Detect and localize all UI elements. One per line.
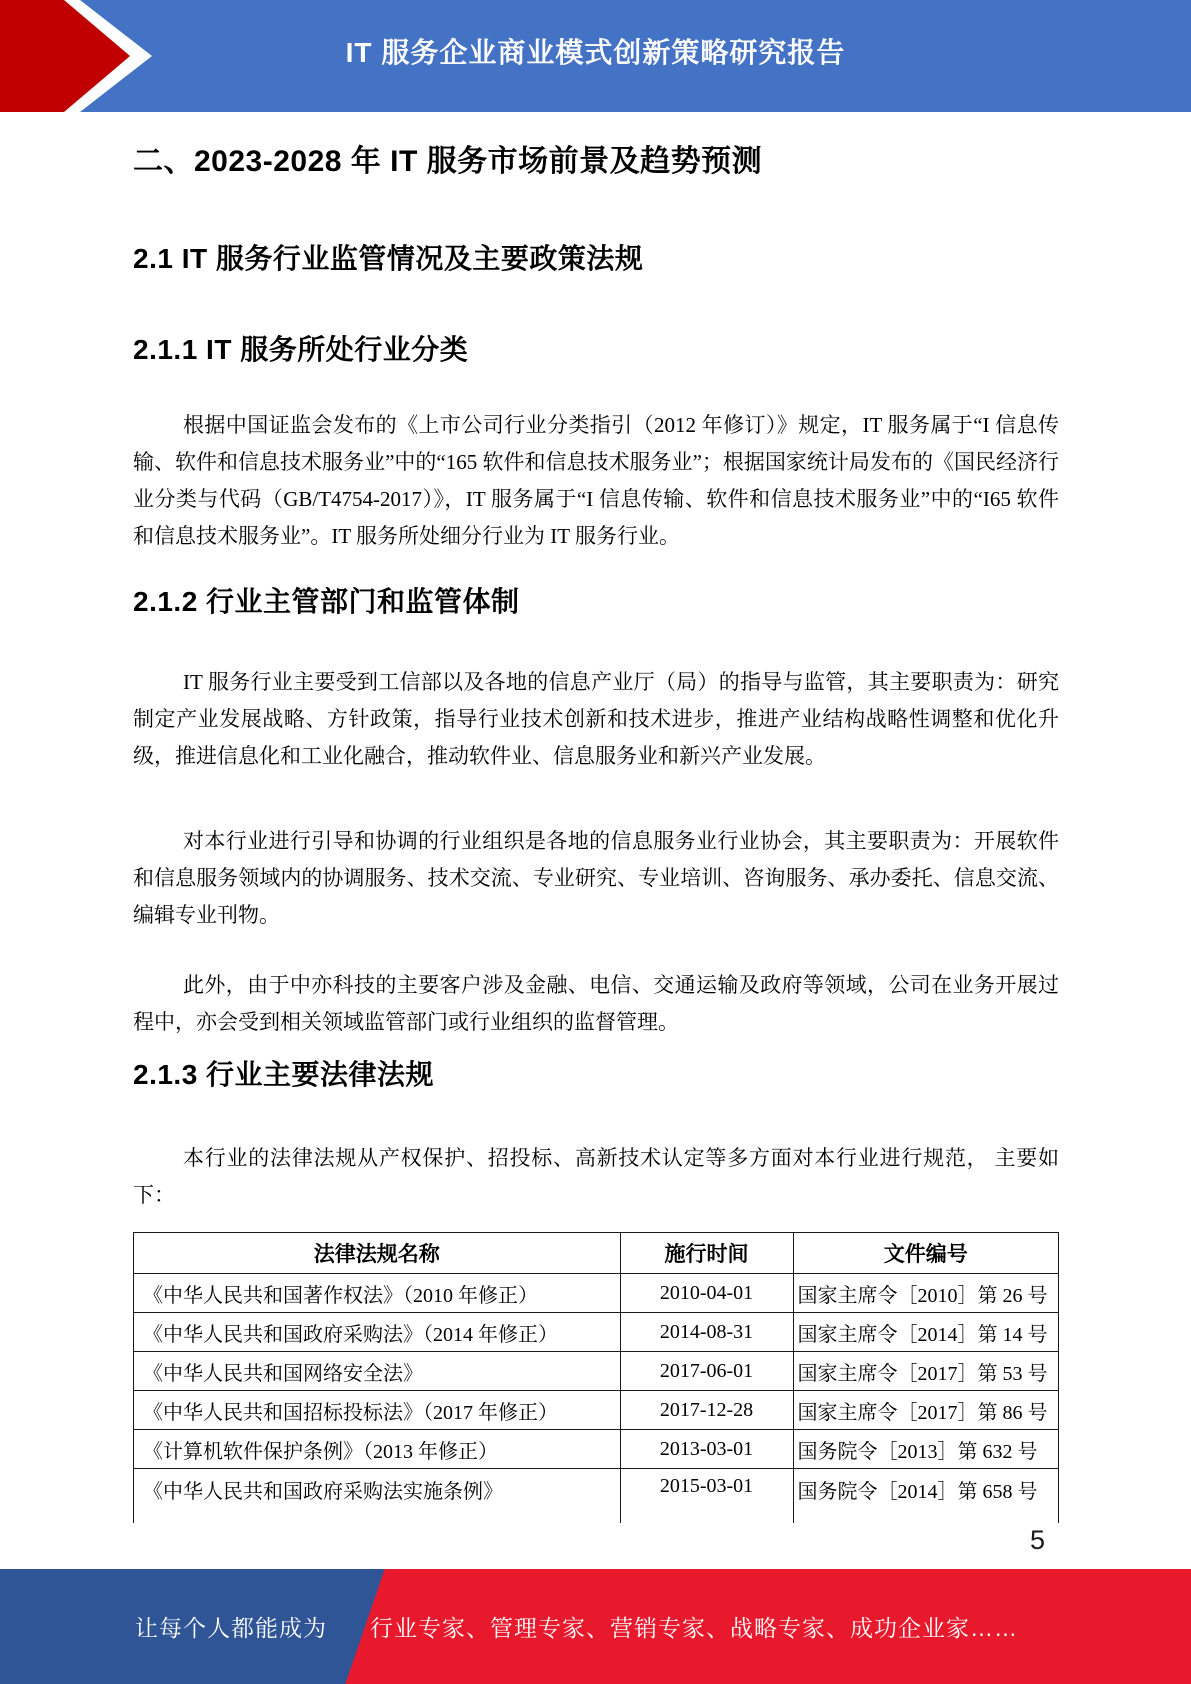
footer-banner: 让每个人都能成为 行业专家、管理专家、营销专家、战略专家、成功企业家…… — [0, 1569, 1191, 1684]
report-header-banner: IT 服务企业商业模式创新策略研究报告 — [0, 0, 1191, 112]
document-number-cell: 国务院令［2014］第 658 号 — [793, 1469, 1058, 1524]
law-name-cell: 《中华人民共和国招标投标法》（2017 年修正） — [134, 1391, 621, 1430]
column-header-document-number: 文件编号 — [793, 1233, 1058, 1274]
table-row: 《中华人民共和国招标投标法》（2017 年修正）2017-12-28国家主席令［… — [134, 1391, 1059, 1430]
document-number-cell: 国家主席令［2017］第 86 号 — [793, 1391, 1058, 1430]
document-number-cell: 国务院令［2013］第 632 号 — [793, 1430, 1058, 1469]
document-page: IT 服务企业商业模式创新策略研究报告 二、2023-2028 年 IT 服务市… — [0, 0, 1191, 1684]
section-2-1-2-heading: 2.1.2 行业主管部门和监管体制 — [133, 585, 1059, 618]
document-number-cell: 国家主席令［2017］第 53 号 — [793, 1352, 1058, 1391]
paragraph-regulators: IT 服务行业主要受到工信部以及各地的信息产业厅（局）的指导与监管，其主要职责为… — [133, 664, 1059, 775]
report-title: IT 服务企业商业模式创新策略研究报告 — [0, 0, 1191, 112]
column-header-effective-date: 施行时间 — [620, 1233, 793, 1274]
table-row: 《中华人民共和国网络安全法》2017-06-01国家主席令［2017］第 53 … — [134, 1352, 1059, 1391]
law-name-cell: 《计算机软件保护条例》（2013 年修正） — [134, 1430, 621, 1469]
section-2-1-3-heading: 2.1.3 行业主要法律法规 — [133, 1058, 1059, 1091]
document-number-cell: 国家主席令［2010］第 26 号 — [793, 1274, 1058, 1313]
chapter-heading: 二、2023-2028 年 IT 服务市场前景及趋势预测 — [133, 144, 1059, 180]
law-name-cell: 《中华人民共和国著作权法》（2010 年修正） — [134, 1274, 621, 1313]
column-header-law-name: 法律法规名称 — [134, 1233, 621, 1274]
paragraph-industry-classification: 根据中国证监会发布的《上市公司行业分类指引（2012 年修订）》规定，IT 服务… — [133, 407, 1059, 555]
effective-date-cell: 2013-03-01 — [620, 1430, 793, 1469]
footer-slogan-right: 行业专家、管理专家、营销专家、战略专家、成功企业家…… — [370, 1569, 1018, 1684]
effective-date-cell: 2014-08-31 — [620, 1313, 793, 1352]
laws-regulations-table: 法律法规名称 施行时间 文件编号 《中华人民共和国著作权法》（2010 年修正）… — [133, 1232, 1059, 1523]
law-name-cell: 《中华人民共和国政府采购法》（2014 年修正） — [134, 1313, 621, 1352]
effective-date-cell: 2010-04-01 — [620, 1274, 793, 1313]
page-number: 5 — [133, 1525, 1059, 1555]
paragraph-laws-intro: 本行业的法律法规从产权保护、招投标、高新技术认定等多方面对本行业进行规范， 主要… — [133, 1140, 1059, 1214]
footer-slogan-left: 让每个人都能成为 — [135, 1569, 327, 1684]
section-2-1-1-heading: 2.1.1 IT 服务所处行业分类 — [133, 333, 1059, 366]
paragraph-industry-association: 对本行业进行引导和协调的行业组织是各地的信息服务业行业协会，其主要职责为：开展软… — [133, 823, 1059, 934]
document-number-cell: 国家主席令［2014］第 14 号 — [793, 1313, 1058, 1352]
table-row: 《中华人民共和国著作权法》（2010 年修正）2010-04-01国家主席令［2… — [134, 1274, 1059, 1313]
effective-date-cell: 2017-12-28 — [620, 1391, 793, 1430]
table-row: 《中华人民共和国政府采购法实施条例》2015-03-01国务院令［2014］第 … — [134, 1469, 1059, 1524]
law-name-cell: 《中华人民共和国网络安全法》 — [134, 1352, 621, 1391]
table-row: 《计算机软件保护条例》（2013 年修正）2013-03-01国务院令［2013… — [134, 1430, 1059, 1469]
paragraph-zhongyi-supervision: 此外，由于中亦科技的主要客户涉及金融、电信、交通运输及政府等领域，公司在业务开展… — [133, 967, 1059, 1041]
table-row: 《中华人民共和国政府采购法》（2014 年修正）2014-08-31国家主席令［… — [134, 1313, 1059, 1352]
law-name-cell: 《中华人民共和国政府采购法实施条例》 — [134, 1469, 621, 1524]
table-header-row: 法律法规名称 施行时间 文件编号 — [134, 1233, 1059, 1274]
effective-date-cell: 2017-06-01 — [620, 1352, 793, 1391]
page-content: 二、2023-2028 年 IT 服务市场前景及趋势预测 2.1 IT 服务行业… — [133, 112, 1059, 1555]
section-2-1-heading: 2.1 IT 服务行业监管情况及主要政策法规 — [133, 242, 1059, 275]
effective-date-cell: 2015-03-01 — [620, 1469, 793, 1524]
